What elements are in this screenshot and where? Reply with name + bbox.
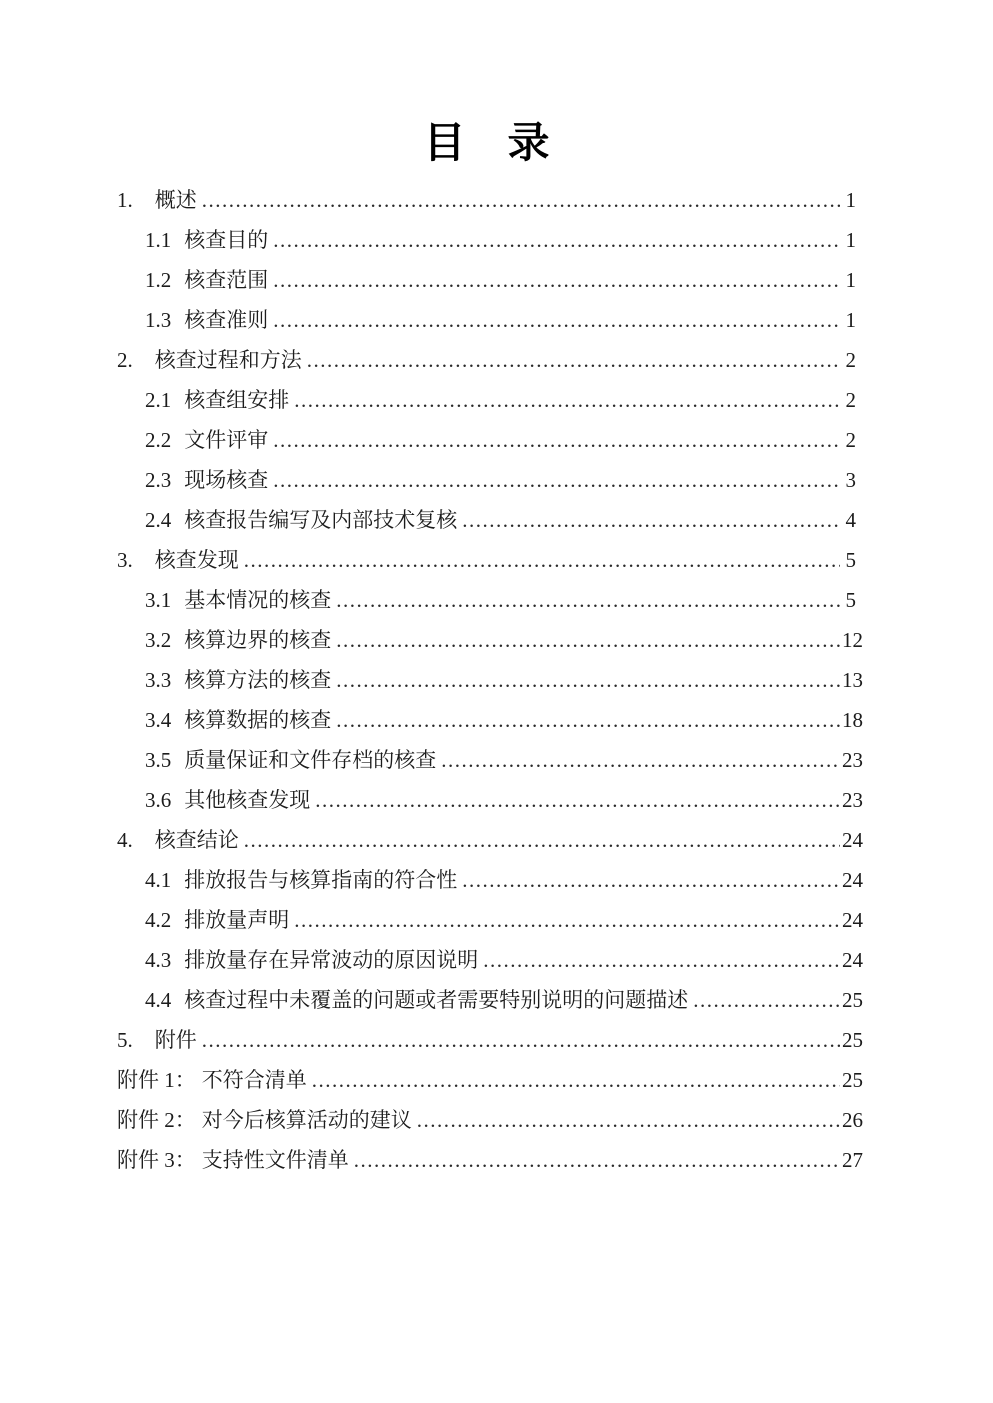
toc-entry-number: 5.: [117, 1020, 133, 1060]
toc-entry-number: 1.2: [145, 260, 171, 300]
toc-entry-number: 1.1: [145, 220, 171, 260]
dot-leader: [462, 500, 840, 540]
toc-entry-number: 3.1: [145, 580, 171, 620]
dot-leader: [336, 660, 840, 700]
toc-entry-title: 核查结论: [155, 820, 239, 860]
dot-leader: [273, 220, 840, 260]
dot-leader: [202, 180, 840, 220]
toc-entry-title: 核算方法的核查: [184, 660, 331, 700]
toc-entry-title: 基本情况的核查: [184, 580, 331, 620]
toc-entry-number: 2.4: [145, 500, 171, 540]
toc-entry-number: 4.1: [145, 860, 171, 900]
toc-entry-number: 2.2: [145, 420, 171, 460]
toc-entry-page: 24: [842, 860, 856, 900]
toc-entry-1-3[interactable]: 1.3核查准则1: [117, 300, 856, 340]
toc-entry-title: 核算数据的核查: [184, 700, 331, 740]
toc-entry-page: 1: [842, 300, 856, 340]
toc-entry-appendix-1[interactable]: 附件 1：不符合清单25: [117, 1060, 856, 1100]
toc-entry-page: 25: [842, 1020, 856, 1060]
toc-entry-page: 26: [842, 1100, 856, 1140]
dot-leader: [315, 780, 840, 820]
toc-entry-title: 其他核查发现: [184, 780, 310, 820]
toc-entry-1[interactable]: 1.概述1: [117, 180, 856, 220]
toc-entry-page: 27: [842, 1140, 856, 1180]
toc-entry-4[interactable]: 4.核查结论24: [117, 820, 856, 860]
toc-entry-page: 5: [842, 580, 856, 620]
toc-entry-3-2[interactable]: 3.2核算边界的核查12: [117, 620, 856, 660]
toc-entry-title: 核查发现: [155, 540, 239, 580]
toc-entry-title: 核查目的: [184, 220, 268, 260]
toc-entry-2-4[interactable]: 2.4核查报告编写及内部技术复核4: [117, 500, 856, 540]
toc-entry-1-2[interactable]: 1.2核查范围1: [117, 260, 856, 300]
toc-entry-1-1[interactable]: 1.1核查目的1: [117, 220, 856, 260]
dot-leader: [273, 420, 840, 460]
toc-entry-3-1[interactable]: 3.1基本情况的核查5: [117, 580, 856, 620]
toc-entry-number: 4.4: [145, 980, 171, 1020]
toc-entry-appendix-2[interactable]: 附件 2：对今后核算活动的建议26: [117, 1100, 856, 1140]
dot-leader: [336, 620, 840, 660]
toc-entry-number: 3.3: [145, 660, 171, 700]
toc-entry-page: 24: [842, 820, 856, 860]
toc-entry-number: 3.4: [145, 700, 171, 740]
toc-entry-page: 5: [842, 540, 856, 580]
dot-leader: [273, 460, 840, 500]
toc-entry-page: 25: [842, 980, 856, 1020]
toc-entry-title: 对今后核算活动的建议: [202, 1100, 412, 1140]
toc-entry-page: 1: [842, 180, 856, 220]
toc-entry-page: 13: [842, 660, 856, 700]
toc-entry-number: 1.: [117, 180, 133, 220]
toc-entry-2[interactable]: 2.核查过程和方法2: [117, 340, 856, 380]
toc-entry-page: 1: [842, 220, 856, 260]
table-of-contents: 1.概述1 1.1核查目的1 1.2核查范围1 1.3核查准则1 2.核查过程和…: [117, 180, 856, 1180]
dot-leader: [202, 1020, 840, 1060]
toc-entry-2-2[interactable]: 2.2文件评审2: [117, 420, 856, 460]
toc-entry-appendix-3[interactable]: 附件 3：支持性文件清单27: [117, 1140, 856, 1180]
toc-entry-number: 1.3: [145, 300, 171, 340]
toc-entry-5[interactable]: 5.附件25: [117, 1020, 856, 1060]
dot-leader: [354, 1140, 840, 1180]
toc-entry-title: 核查准则: [184, 300, 268, 340]
toc-entry-2-1[interactable]: 2.1核查组安排2: [117, 380, 856, 420]
toc-entry-title: 附件: [155, 1020, 197, 1060]
toc-content: 目 录 1.概述1 1.1核查目的1 1.2核查范围1 1.3核查准则1 2.核…: [0, 0, 993, 1180]
toc-entry-title: 概述: [155, 180, 197, 220]
toc-entry-page: 2: [842, 340, 856, 380]
toc-entry-number: 2.3: [145, 460, 171, 500]
toc-entry-4-2[interactable]: 4.2排放量声明24: [117, 900, 856, 940]
dot-leader: [336, 700, 840, 740]
toc-entry-number: 3.5: [145, 740, 171, 780]
document-page: 目 录 1.概述1 1.1核查目的1 1.2核查范围1 1.3核查准则1 2.核…: [0, 0, 993, 1403]
dot-leader: [244, 540, 840, 580]
toc-entry-title: 核算边界的核查: [184, 620, 331, 660]
toc-entry-number: 3.2: [145, 620, 171, 660]
toc-entry-number: 3.6: [145, 780, 171, 820]
dot-leader: [483, 940, 840, 980]
toc-entry-title: 支持性文件清单: [202, 1140, 349, 1180]
toc-entry-page: 12: [842, 620, 856, 660]
toc-entry-page: 25: [842, 1060, 856, 1100]
toc-entry-page: 23: [842, 780, 856, 820]
toc-entry-title: 排放量存在异常波动的原因说明: [184, 940, 478, 980]
dot-leader: [273, 300, 840, 340]
toc-entry-4-1[interactable]: 4.1排放报告与核算指南的符合性24: [117, 860, 856, 900]
toc-entry-title: 排放报告与核算指南的符合性: [184, 860, 457, 900]
dot-leader: [294, 380, 840, 420]
dot-leader: [307, 340, 840, 380]
toc-entry-page: 4: [842, 500, 856, 540]
toc-entry-3-5[interactable]: 3.5质量保证和文件存档的核查23: [117, 740, 856, 780]
toc-entry-page: 1: [842, 260, 856, 300]
toc-entry-page: 23: [842, 740, 856, 780]
toc-entry-number: 4.3: [145, 940, 171, 980]
toc-entry-page: 24: [842, 900, 856, 940]
toc-entry-page: 2: [842, 420, 856, 460]
toc-entry-number: 4.2: [145, 900, 171, 940]
dot-leader: [312, 1060, 840, 1100]
toc-entry-title: 不符合清单: [202, 1060, 307, 1100]
toc-entry-title: 核查过程和方法: [155, 340, 302, 380]
toc-entry-title: 核查过程中未覆盖的问题或者需要特别说明的问题描述: [184, 980, 688, 1020]
toc-entry-title: 质量保证和文件存档的核查: [184, 740, 436, 780]
toc-entry-number: 3.: [117, 540, 133, 580]
toc-entry-title: 文件评审: [184, 420, 268, 460]
toc-entry-3[interactable]: 3.核查发现5: [117, 540, 856, 580]
dot-leader: [273, 260, 840, 300]
dot-leader: [336, 580, 840, 620]
toc-entry-3-6[interactable]: 3.6其他核查发现23: [117, 780, 856, 820]
toc-entry-page: 18: [842, 700, 856, 740]
dot-leader: [417, 1100, 840, 1140]
toc-entry-title: 核查报告编写及内部技术复核: [184, 500, 457, 540]
toc-entry-3-4[interactable]: 3.4核算数据的核查18: [117, 700, 856, 740]
toc-entry-page: 24: [842, 940, 856, 980]
toc-entry-title: 排放量声明: [184, 900, 289, 940]
toc-entry-4-4[interactable]: 4.4核查过程中未覆盖的问题或者需要特别说明的问题描述25: [117, 980, 856, 1020]
toc-entry-number: 4.: [117, 820, 133, 860]
toc-entry-page: 2: [842, 380, 856, 420]
dot-leader: [693, 980, 840, 1020]
toc-entry-number: 2.: [117, 340, 133, 380]
toc-entry-title: 现场核查: [184, 460, 268, 500]
toc-entry-number: 附件 2：: [117, 1100, 196, 1140]
dot-leader: [294, 900, 840, 940]
toc-entry-number: 附件 1：: [117, 1060, 196, 1100]
toc-entry-page: 3: [842, 460, 856, 500]
toc-entry-3-3[interactable]: 3.3核算方法的核查13: [117, 660, 856, 700]
toc-entry-2-3[interactable]: 2.3现场核查3: [117, 460, 856, 500]
toc-entry-4-3[interactable]: 4.3排放量存在异常波动的原因说明24: [117, 940, 856, 980]
dot-leader: [462, 860, 840, 900]
toc-entry-number: 2.1: [145, 380, 171, 420]
page-title: 目 录: [117, 118, 856, 168]
toc-entry-title: 核查组安排: [184, 380, 289, 420]
toc-entry-number: 附件 3：: [117, 1140, 196, 1180]
toc-entry-title: 核查范围: [184, 260, 268, 300]
dot-leader: [244, 820, 840, 860]
dot-leader: [441, 740, 840, 780]
